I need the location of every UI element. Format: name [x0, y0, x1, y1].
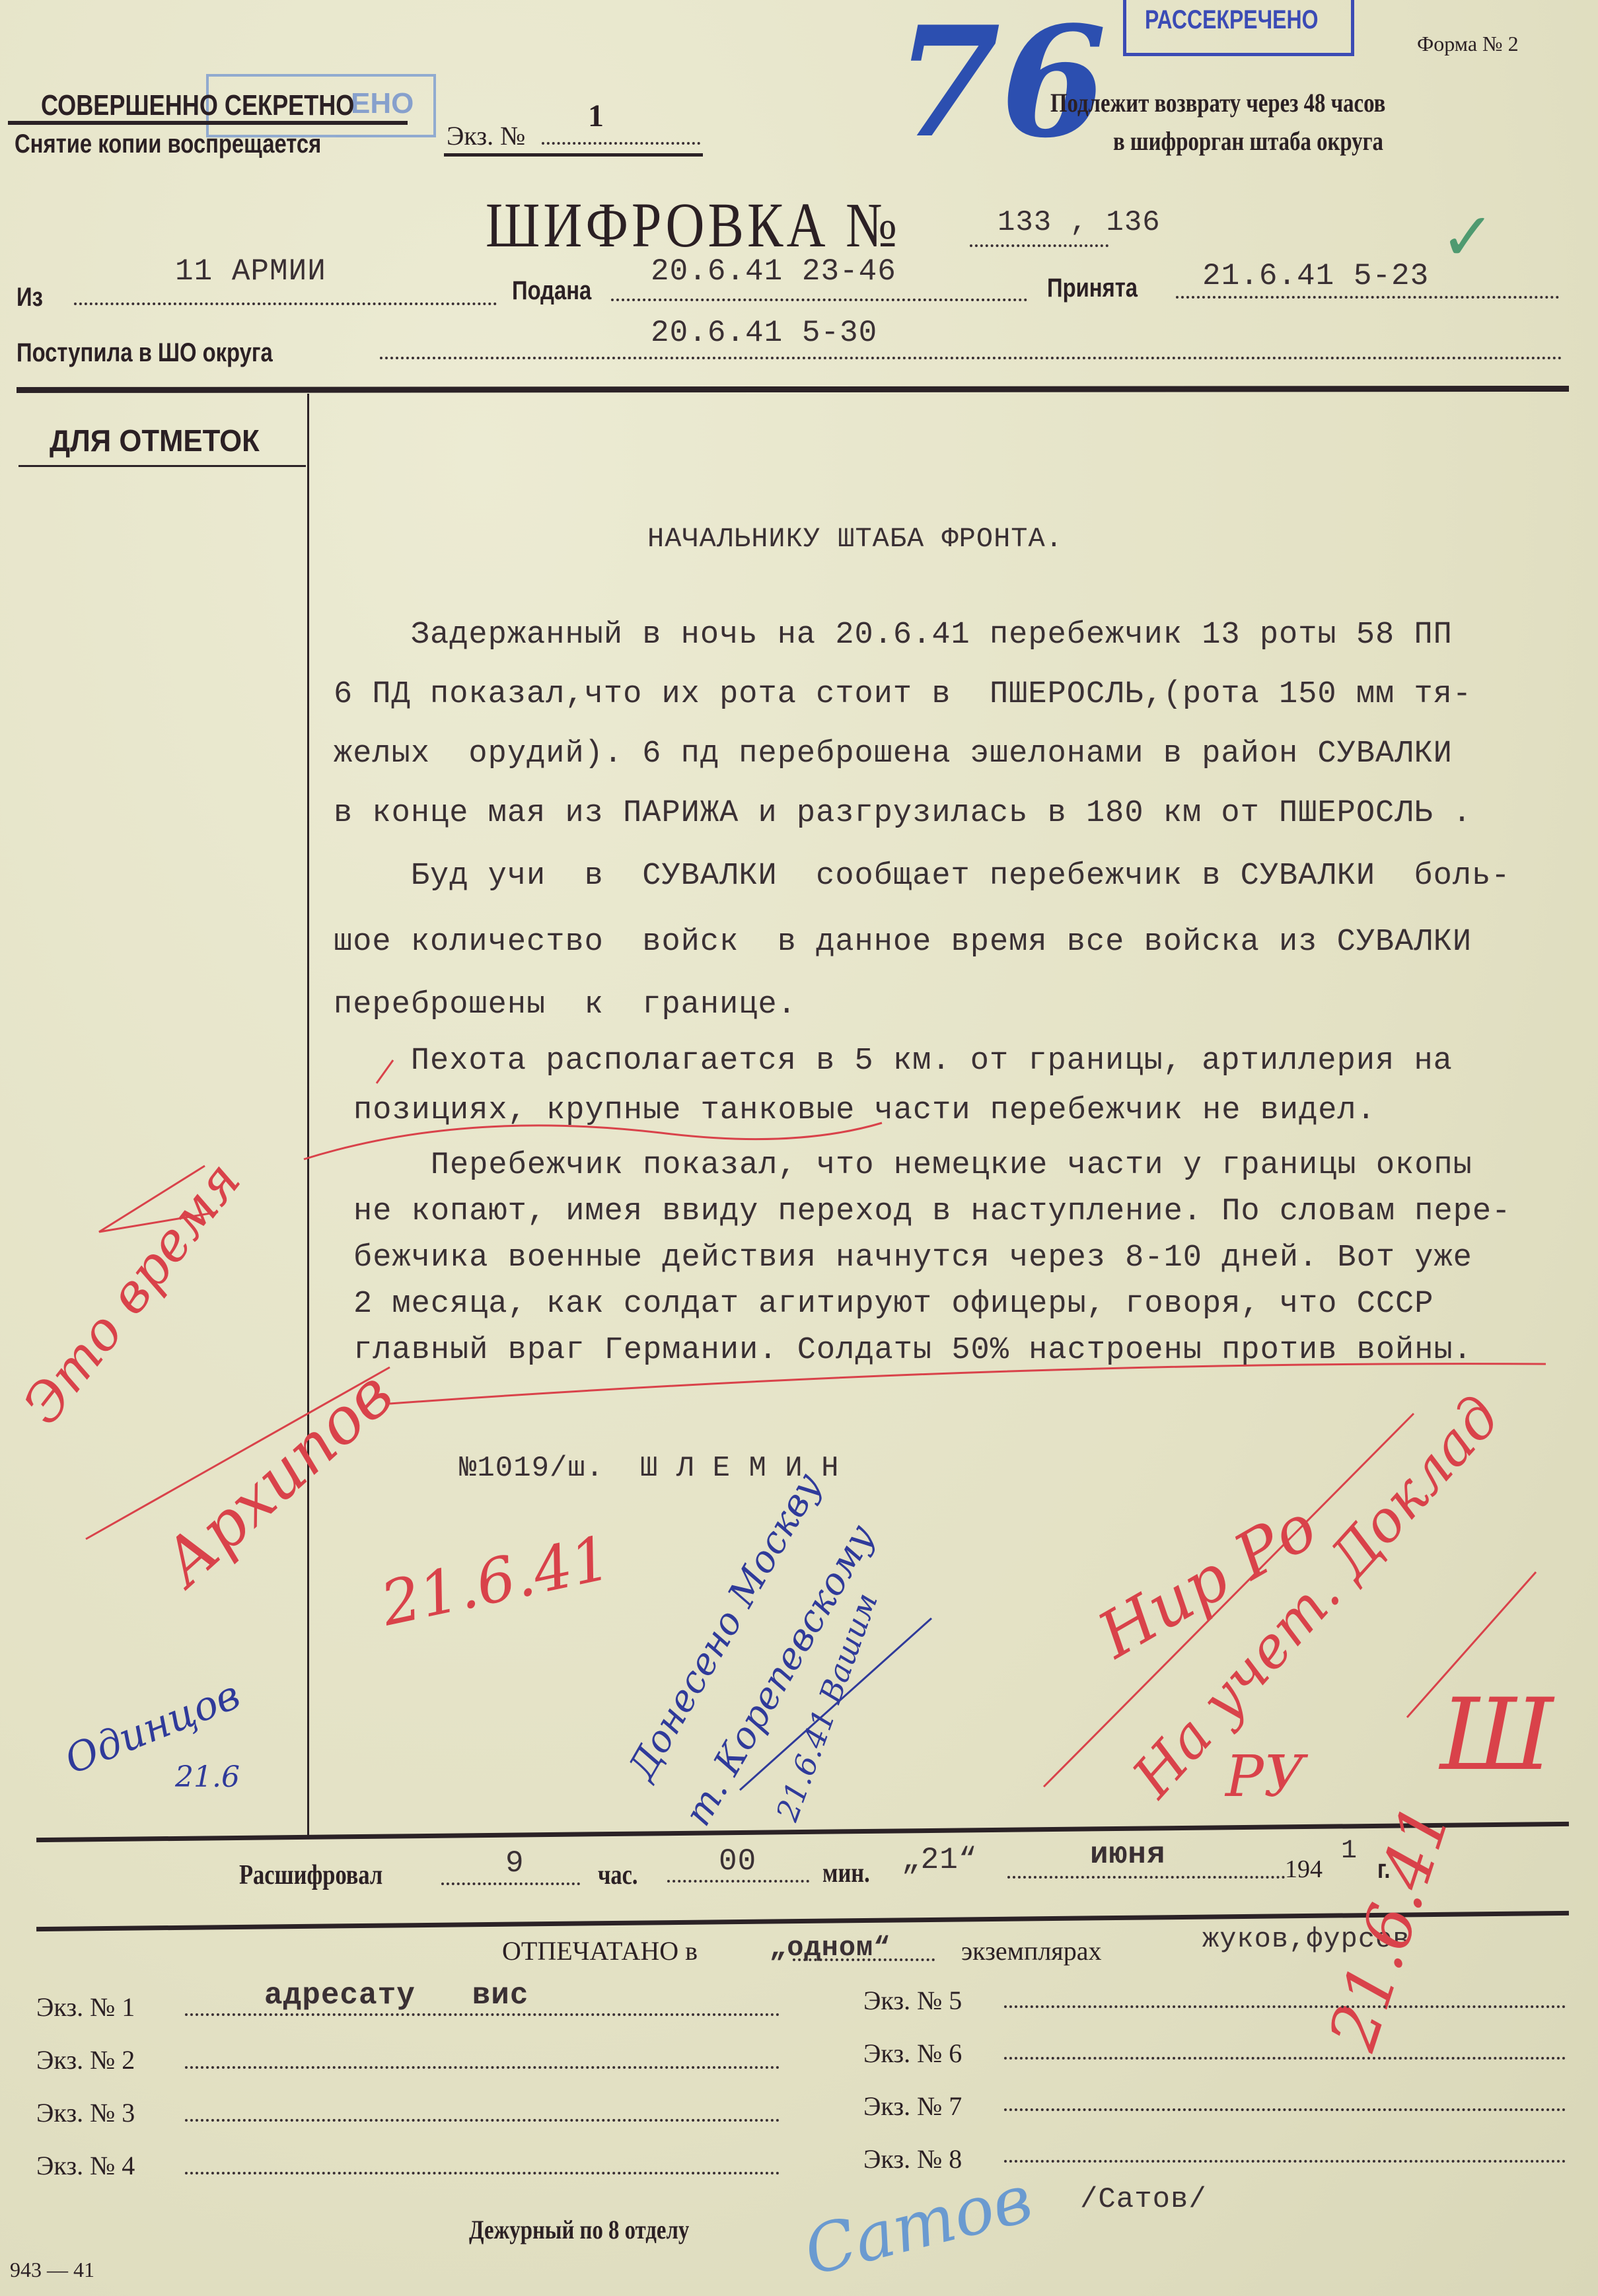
copy-3-dotline [185, 2119, 780, 2122]
red-right-note-line3: РУ [1225, 1744, 1305, 1810]
printed-label: ОТПЕЧАТАНО в [502, 1935, 698, 1966]
copy-5-label: Экз. № 5 [863, 1985, 962, 2016]
duty-officer-signature: Сатов [797, 2159, 1039, 2290]
printed-count: „одном“ [770, 1932, 890, 1964]
decrypted-minute: 00 [719, 1844, 756, 1879]
red-right-initial: Ш [1440, 1678, 1553, 1793]
copy-1-value: адресату вис [264, 1978, 528, 2013]
decrypted-hour: 9 [505, 1846, 525, 1881]
hour-dotline [441, 1883, 580, 1885]
copy-7-dotline [1004, 2108, 1566, 2111]
copy-6-label: Экз. № 6 [863, 2038, 962, 2069]
decrypted-label: Расшифровал [239, 1859, 382, 1891]
copy-7-label: Экз. № 7 [863, 2091, 962, 2122]
copy-5-dotline [1004, 2005, 1566, 2008]
duty-officer-label: Дежурный по 8 отделу [469, 2214, 689, 2245]
copy-2-label: Экз. № 2 [36, 2044, 135, 2075]
month-dotline [1007, 1876, 1285, 1879]
hour-label: час. [598, 1859, 638, 1891]
blue-margin-date: 21.6 [175, 1760, 240, 1794]
copy-4-label: Экз. № 4 [36, 2150, 135, 2181]
copy-1-label: Экз. № 1 [36, 1991, 135, 2023]
sender-signature: №1019/ш. Ш Л Е М И Н [459, 1452, 840, 1485]
year-prefix: 194 [1285, 1855, 1323, 1884]
copy-2-dotline [185, 2066, 780, 2069]
copy-1-dotline [185, 2013, 780, 2016]
copy-8-label: Экз. № 8 [863, 2143, 962, 2174]
copy-6-dotline [1004, 2057, 1566, 2060]
copy-8-dotline [1004, 2160, 1566, 2163]
copy-4-dotline [185, 2172, 780, 2174]
decrypted-month: июня [1090, 1838, 1165, 1872]
minute-dotline [667, 1880, 809, 1883]
printed-suffix: экземплярах [961, 1935, 1101, 1966]
form-code: 943 — 41 [10, 2258, 94, 2282]
copy-3-label: Экз. № 3 [36, 2097, 135, 2128]
decrypted-day: „21“ [902, 1843, 977, 1877]
duty-officer-typed-name: /Сатов/ [1080, 2183, 1207, 2216]
year-suffix: 1 [1341, 1836, 1358, 1866]
minute-label: мин. [822, 1857, 870, 1889]
